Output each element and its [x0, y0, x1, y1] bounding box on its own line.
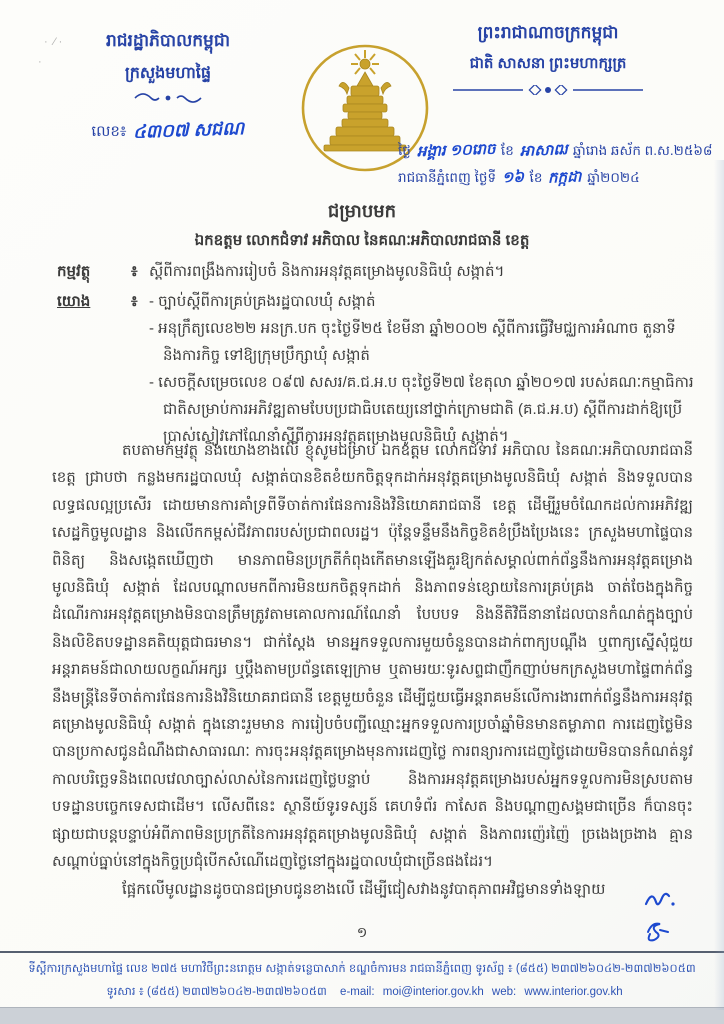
- reference-number-label: លេខ៖: [91, 122, 126, 144]
- lunar-date-line: ថ្ងៃ អង្គារ ១០រោច ខែ អាសាឍ ឆ្នាំរោង ឆស័ក…: [398, 137, 720, 164]
- footer-web-label: web:: [492, 986, 516, 998]
- subject-label: កម្មវត្ថុ: [57, 259, 131, 285]
- date-printed-prefix: ថ្ងៃ: [398, 143, 411, 158]
- body-paragraph: តបតាមកម្មវត្ថុ និងយោងខាងលើ ខ្ញុំសូមជម្រា…: [52, 437, 693, 876]
- footer-address-line: ទីស្តីការក្រសួងមហាផ្ទៃ លេខ ២៧៥ មហាវិថីព្…: [0, 958, 724, 981]
- civil-date-line: រាជធានីភ្នំពេញ ថ្ងៃទី ១៦ ខែ កក្កដា ឆ្នាំ…: [398, 164, 720, 191]
- reference-number-line: លេខ៖ ៤៣០៧ សជណ: [46, 118, 290, 145]
- body-paragraph: ផ្អែកលើមូលដ្ឋានដូចបានជម្រាបជូនខាងលើ ដើម្…: [52, 876, 693, 903]
- salutation-title: ជម្រាបមក: [0, 199, 724, 226]
- date-handwritten-day: អង្គារ ១០រោច: [416, 136, 495, 166]
- header-left: រាជរដ្ឋាភិបាលកម្ពុជា ក្រសួងមហាផ្ទៃ លេខ៖ …: [46, 30, 290, 145]
- footer-email-label: e-mail:: [340, 986, 375, 998]
- kingdom-title: ព្រះរាជាណាចក្រកម្ពុជា: [396, 22, 700, 47]
- reference-number-handwritten: ៤៣០៧ សជណ: [133, 116, 245, 147]
- flourish-ornament-icon: [46, 91, 290, 109]
- divider-ornament-icon: [396, 82, 700, 100]
- ministry-title: ក្រសួងមហាផ្ទៃ: [46, 62, 290, 86]
- footer: ទីស្តីការក្រសួងមហាផ្ទៃ លេខ ២៧៥ មហាវិថីព្…: [0, 958, 724, 1004]
- date-printed-month-label: ខែ: [501, 143, 514, 158]
- date-handwritten-month: អាសាឍ: [519, 136, 568, 165]
- references-row: យោង ៖ - ច្បាប់ស្តីពីការគ្រប់គ្រងរដ្ឋបាលឃ…: [57, 288, 695, 450]
- reference-item: - អនុក្រឹត្យលេខ២២ អនក្រ.បក ចុះថ្ងៃទី២៥ ខ…: [149, 315, 695, 369]
- civil-date-handwritten-month: កក្កដា: [548, 163, 582, 191]
- footer-web: www.interior.gov.kh: [524, 986, 622, 998]
- footer-email: moi@interior.gov.kh: [383, 986, 484, 998]
- pencil-mark: ·: [38, 56, 42, 68]
- scan-edge-strip: [0, 1007, 724, 1024]
- header-right: ព្រះរាជាណាចក្រកម្ពុជា ជាតិ សាសនា ព្រះមហា…: [396, 22, 700, 100]
- subject-text: ស្តីពីការពង្រឹងការរៀបចំ និងការអនុវត្តគម្…: [149, 259, 697, 285]
- reference-item: - ច្បាប់ស្តីពីការគ្រប់គ្រងរដ្ឋបាលឃុំ សង្…: [149, 288, 695, 315]
- subject-row: កម្មវត្ថុ ៖ ស្តីពីការពង្រឹងការរៀបចំ និងក…: [57, 259, 697, 285]
- subject-colon: ៖: [131, 259, 149, 285]
- scan-edge-shade: [714, 160, 724, 1010]
- motto-line: ជាតិ សាសនា ព្រះមហាក្សត្រ: [396, 54, 700, 76]
- date-block: ថ្ងៃ អង្គារ ១០រោច ខែ អាសាឍ ឆ្នាំរោង ឆស័ក…: [398, 137, 720, 191]
- civil-date-month-label: ខែ: [530, 170, 543, 185]
- city-date-prefix: រាជធានីភ្នំពេញ ថ្ងៃទី: [398, 170, 496, 185]
- civil-date-year: ឆ្នាំ២០២៤: [587, 170, 639, 185]
- recipient-line: ឯកឧត្តម លោកជំទាវ អភិបាល នៃគណៈអភិបាលរាជធា…: [0, 231, 724, 253]
- page-number: ១: [0, 923, 724, 944]
- civil-date-handwritten-day: ១៦: [501, 164, 524, 192]
- date-printed-suffix: ឆ្នាំរោង ឆស័ក ព.ស.២៥៦៨: [573, 143, 713, 158]
- footer-contact-line: ទូរសារ ៖ (៨៥៥) ២៣៧២៦០៤២-២៣៧២៦០៥៣ e-mail:…: [0, 981, 724, 1004]
- government-title: រាជរដ្ឋាភិបាលកម្ពុជា: [46, 30, 290, 55]
- letter-body: តបតាមកម្មវត្ថុ និងយោងខាងលើ ខ្ញុំសូមជម្រា…: [52, 437, 693, 903]
- references-colon: ៖: [131, 288, 149, 450]
- footer-fax: ទូរសារ ៖ (៨៥៥) ២៣៧២៦០៤២-២៣៧២៦០៥៣: [106, 986, 326, 998]
- references-label: យោង: [57, 288, 131, 450]
- scanned-letter-page: · ⁄ · · រាជរដ្ឋាភិបាលកម្ពុជា ក្រសួងមហាផ្…: [0, 0, 724, 1024]
- footer-divider: [0, 951, 724, 953]
- references-list: - ច្បាប់ស្តីពីការគ្រប់គ្រងរដ្ឋបាលឃុំ សង្…: [149, 288, 695, 450]
